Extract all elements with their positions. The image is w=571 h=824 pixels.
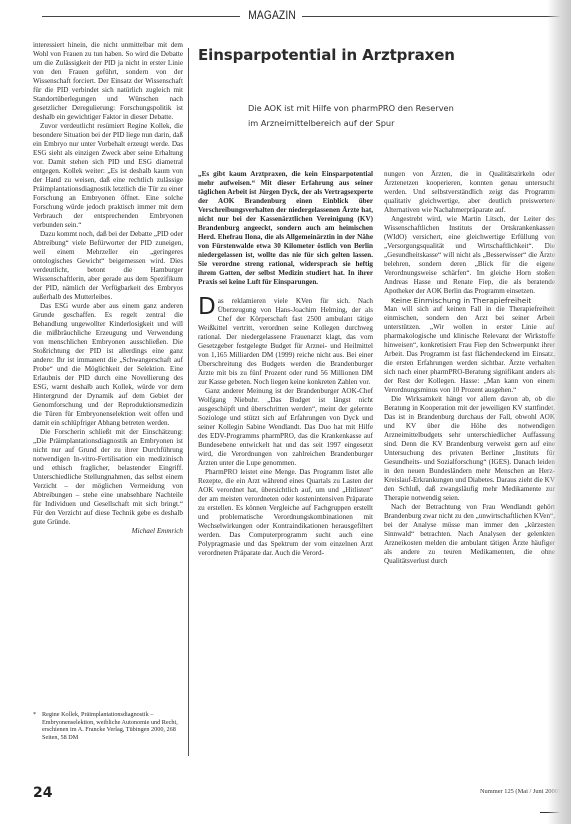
magazine-page: MAGAZIN interessiert hinein, die nicht u… xyxy=(0,0,571,824)
drop-cap: D xyxy=(198,298,216,316)
paragraph-text: as reklamieren viele KVen für sich. Nach… xyxy=(198,297,373,386)
section-label: MAGAZIN xyxy=(248,8,296,22)
subtitle-line-2: im Arzneimittelbereich auf der Spur xyxy=(248,116,548,131)
footnote: * Regine Kollek, Präimplantationsdiagnos… xyxy=(33,711,183,741)
scan-edge-shadow xyxy=(547,0,571,824)
paragraph: Man will sich auf keinen Fall in die The… xyxy=(384,305,555,395)
header-rule-right xyxy=(302,16,564,17)
paragraph: Die Wirksamkeit hängt vor allem davon ab… xyxy=(384,395,555,503)
footnote-marker: * xyxy=(33,711,36,719)
paragraph: interessiert hinein, die nicht unmittelb… xyxy=(33,41,183,122)
subtitle-line-1: Die AOK ist mit Hilfe von pharmPRO den R… xyxy=(248,101,548,116)
middle-column: „Es gibt kaum Arztpraxen, die kein Einsp… xyxy=(198,170,373,558)
footnote-text: Regine Kollek, Präimplantationsdiagnosti… xyxy=(42,711,183,741)
paragraph: Nach der Betrachtung von Frau Wendlandt … xyxy=(384,503,555,566)
issue-info: Nummer 125 (Mai / Juni 2000) xyxy=(440,788,560,795)
paragraph: Dazu kommt noch, daß bei der Debatte „PI… xyxy=(33,230,183,302)
page-number: 24 xyxy=(33,785,52,801)
paragraph: Das ESG wurde aber aus einem ganz andere… xyxy=(33,302,183,428)
column-divider xyxy=(188,48,189,756)
lead-paragraph: „Es gibt kaum Arztpraxen, die kein Einsp… xyxy=(198,170,373,287)
paragraph: nungen von Ärzten, die in Qualitätszirke… xyxy=(384,170,555,215)
paragraph: Ganz anderer Meinung ist der Brandenburg… xyxy=(198,387,373,468)
paragraph: Die Forscherin schließt mit der Einschät… xyxy=(33,428,183,527)
paragraph: Das reklamieren viele KVen für sich. Nac… xyxy=(198,297,373,387)
paragraph: Zuvor verdeutlicht resümiert Regine Koll… xyxy=(33,122,183,230)
subheading: Keine Einmischung in Therapiefreiheit xyxy=(384,296,555,305)
header-rule-left xyxy=(42,16,240,17)
left-column: interessiert hinein, die nicht unmittelb… xyxy=(33,41,183,536)
right-column: nungen von Ärzten, die in Qualitätszirke… xyxy=(384,170,555,566)
article-subtitle: Die AOK ist mit Hilfe von pharmPRO den R… xyxy=(248,101,548,131)
paragraph: PharmPRO leistet eine Menge. Das Program… xyxy=(198,468,373,558)
article-title: Einsparpotential in Arztpraxen xyxy=(198,46,538,64)
author-byline: Michael Emmrich xyxy=(33,527,183,536)
paragraph: Angestrebt wird, wie Martin Litsch, der … xyxy=(384,215,555,296)
